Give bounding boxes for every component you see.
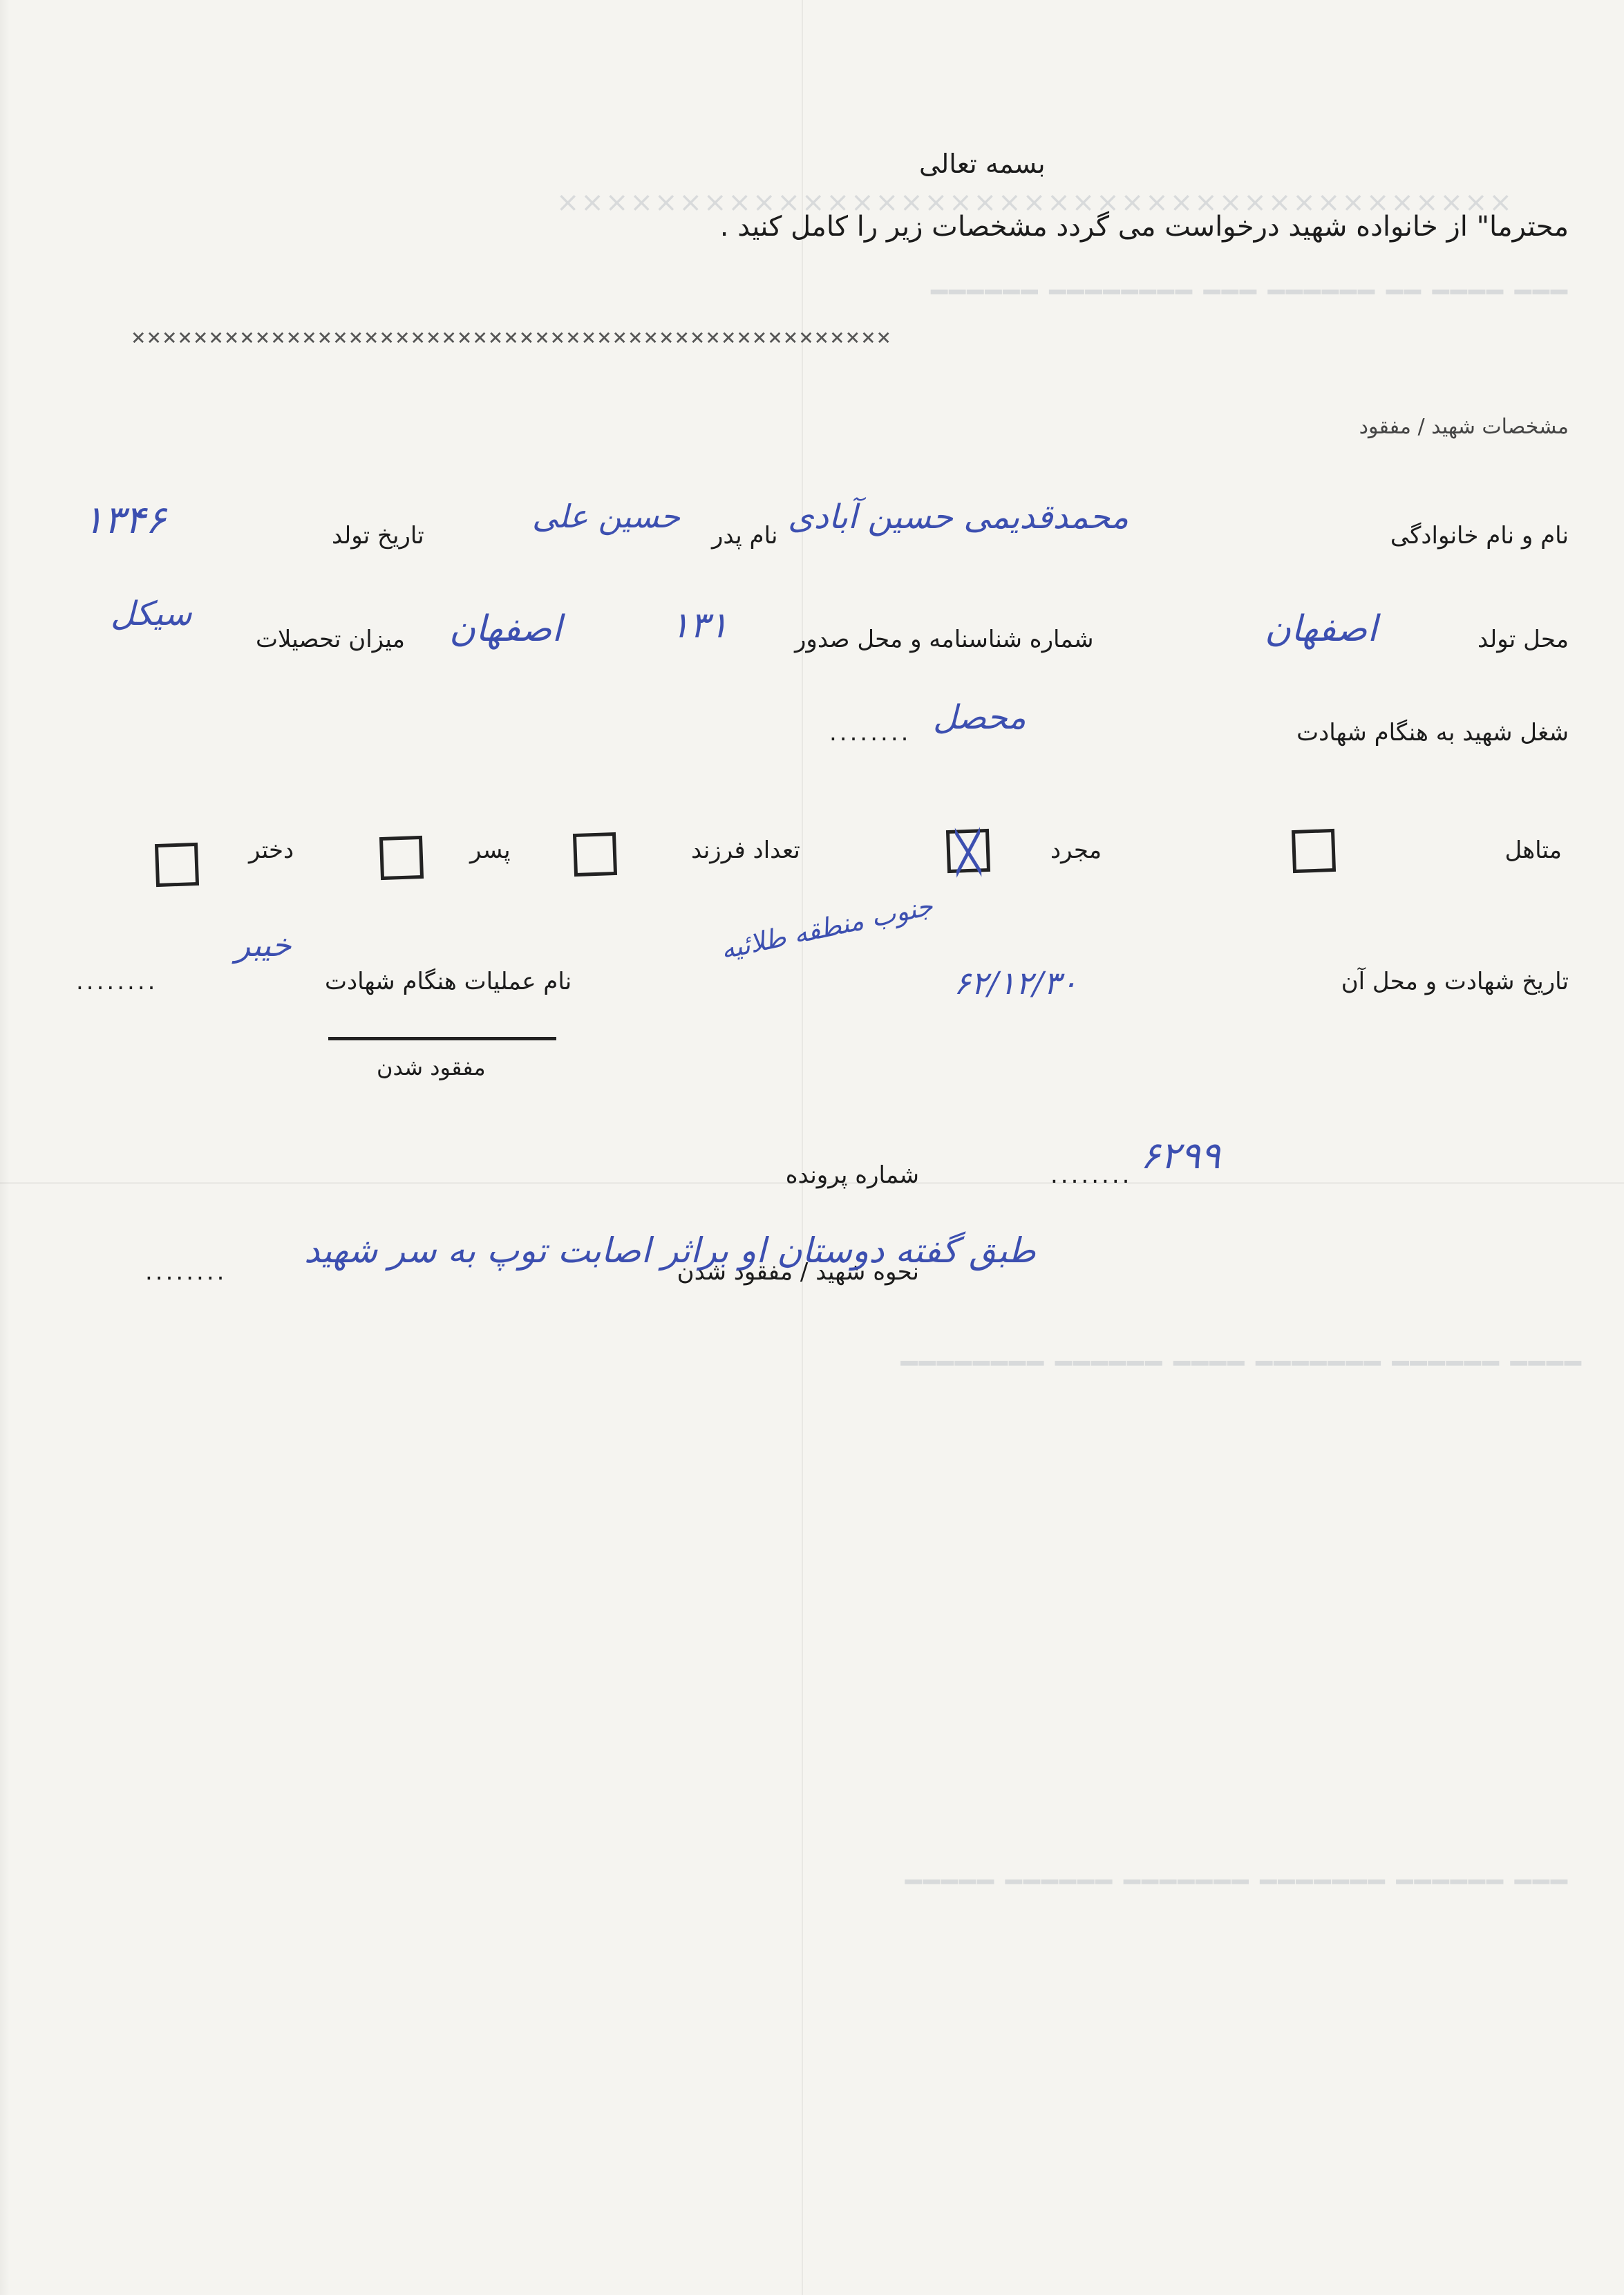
- martyrdom-date-value[interactable]: ۶۲/۱۲/۳۰: [954, 964, 1077, 1002]
- name-value[interactable]: محمدقدیمی حسین آبادی: [788, 498, 1129, 536]
- id-place-value[interactable]: اصفهان: [449, 608, 562, 650]
- separator-line: ××××××××××××××××××××××××××××××××××××××××…: [131, 324, 892, 351]
- son-label: پسر: [470, 836, 511, 864]
- bleed-through-text: ━━━ ━━━━━━ ━━━━━━━ ━━━━━━━ ━━━━━━ ━━━━━: [905, 1866, 1569, 1898]
- case-number-dots: ........: [1050, 1161, 1132, 1189]
- daughter-checkbox[interactable]: [155, 843, 199, 887]
- operation-dots: ........: [76, 968, 158, 995]
- father-value[interactable]: حسین علی: [532, 498, 680, 535]
- operation-label: نام عملیات هنگام شهادت: [325, 968, 572, 995]
- bleed-through-text: ━━━━ ━━━━━━ ━━━━━━━ ━━━━ ━━━━━━ ━━━━━━━━: [901, 1348, 1583, 1380]
- birthdate-value[interactable]: ۱۳۴۶: [83, 498, 166, 543]
- single-label: مجرد: [1050, 836, 1102, 864]
- case-number-value[interactable]: ۶۲۹۹: [1140, 1134, 1220, 1177]
- name-label: نام و نام خانوادگی: [1390, 522, 1569, 550]
- birthplace-value[interactable]: اصفهان: [1265, 608, 1377, 650]
- manner-dots: ........: [145, 1258, 227, 1286]
- education-value[interactable]: سیکل: [111, 594, 192, 633]
- section-title: مشخصات شهید / مفقود: [1359, 415, 1569, 439]
- married-label: متاهل: [1504, 836, 1562, 864]
- id-label: شماره شناسنامه و محل صدور: [795, 626, 1094, 653]
- page-heading: بسمه تعالی: [919, 149, 1046, 179]
- children-count-box[interactable]: [573, 832, 617, 877]
- scanned-form-page: ××××××××××××××××××××××××××××××××××××××× …: [0, 0, 1624, 2295]
- daughter-label: دختر: [249, 836, 294, 864]
- case-number-label: شماره پرونده: [786, 1161, 919, 1189]
- married-checkbox[interactable]: [1292, 829, 1336, 873]
- occupation-value[interactable]: محصل: [933, 698, 1026, 737]
- martyrdom-label: تاریخ شهادت و محل آن: [1341, 968, 1569, 995]
- son-checkbox[interactable]: [379, 836, 424, 880]
- children-count-label: تعداد فرزند: [691, 836, 800, 864]
- operation-value[interactable]: خیبر: [235, 926, 292, 964]
- intro-text: محترما" از خانواده شهید درخواست می گردد …: [720, 211, 1569, 243]
- education-label: میزان تحصیلات: [256, 626, 405, 653]
- manner-value[interactable]: طبق گفته دوستان او براثر اصابت توپ به سر…: [304, 1230, 1036, 1271]
- birthplace-label: محل تولد: [1477, 626, 1569, 653]
- occupation-dots: ........: [829, 719, 911, 747]
- bleed-through-text: ━━━ ━━━━ ━━ ━━━━━━ ━━━ ━━━━━━━━ ━━━━━━: [931, 277, 1569, 308]
- id-value[interactable]: ۱۳۱: [670, 605, 728, 646]
- occupation-label: شغل شهید به هنگام شهادت: [1296, 719, 1569, 747]
- missing-heading-rule: [328, 1037, 556, 1040]
- martyrdom-place-value[interactable]: جنوب منطقه طلائیه: [718, 890, 936, 965]
- father-label: نام پدر: [712, 522, 777, 550]
- missing-heading: مفقود شدن: [377, 1054, 486, 1080]
- single-checkbox[interactable]: [946, 829, 990, 873]
- birthdate-label: تاریخ تولد: [332, 522, 424, 550]
